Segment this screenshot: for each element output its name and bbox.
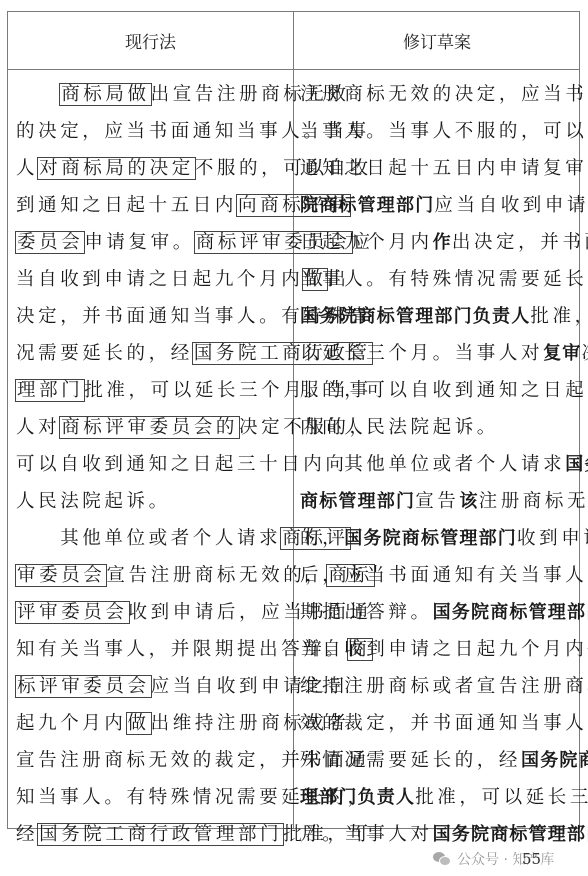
boxed-term: 理部门 xyxy=(15,379,85,402)
text-line: 日起九个月内作出决定，并书面通知 xyxy=(300,224,588,261)
text-line: 注册商标无效的决定，应当书面通知 xyxy=(300,76,588,113)
text-segment: 期提出答辩。 xyxy=(300,602,433,623)
text-segment: 申请复审。 xyxy=(84,232,195,253)
text-segment: 收到申请 xyxy=(517,528,588,549)
text-line: 理部门负责人批准，可以延长三个 xyxy=(300,779,588,816)
text-line: 其他单位或者个人请求国务院 xyxy=(300,446,588,483)
text-segment: 批准，可 xyxy=(530,306,588,327)
boxed-term: 对商标局的决定 xyxy=(37,157,196,180)
text-line: 通知之日起十五日内申请复审。国务 xyxy=(300,150,588,187)
bold-revision: 国务院商标管理部门负责人 xyxy=(300,306,530,327)
text-line: 效的裁定，并书面通知当事人。有特 xyxy=(300,705,588,742)
text-segment: 日起九个月内 xyxy=(300,232,433,253)
bold-revision: 该 xyxy=(459,491,478,512)
text-line: 后，应当书面通知有关当事人，并限 xyxy=(300,557,588,594)
text-line: 殊情况需要延长的，经国务院商标管 xyxy=(300,742,588,779)
boxed-term: 审委员会 xyxy=(15,564,107,587)
boxed-term: 国务院工商行政管理部门 xyxy=(37,823,284,846)
text-line: 当事人。当事人不服的，可以自收到 xyxy=(300,113,588,150)
text-segment: 当自收到申请之日起九个月内 xyxy=(16,269,303,290)
text-line: 维持注册商标或者宣告注册商标无 xyxy=(300,668,588,705)
text-segment: 效的裁定，并书面通知当事人。有特 xyxy=(300,713,588,734)
text-segment: 经 xyxy=(16,824,38,845)
comparison-table: 现行法 修订草案 商标局做出宣告注册商标无效的决定，应当书面通知当事人。当事人对… xyxy=(7,11,580,829)
text-line: 期提出答辩。国务院商标管理部门应 xyxy=(300,594,588,631)
text-line: 当自收到申请之日起九个月内作出 xyxy=(300,631,588,668)
text-segment: 当事人。当事人不服的，可以自收到 xyxy=(300,121,588,142)
text-segment: 出决定，并书面通知 xyxy=(452,232,588,253)
text-line: 院商标管理部门应当自收到申请之 xyxy=(300,187,588,224)
boxed-term: 评审委员会 xyxy=(15,601,130,624)
text-segment: 当自收到申请之日起九个月内 xyxy=(300,639,587,660)
text-segment: 注册商标无效 xyxy=(479,491,588,512)
boxed-term: 标评审委员会 xyxy=(15,675,152,698)
bold-revision: 复审 xyxy=(543,343,581,364)
boxed-term: 商标局做 xyxy=(59,83,151,106)
text-segment: 宣告注册商标无效的， xyxy=(106,565,327,586)
text-segment: 应当自收到申请之 xyxy=(434,195,588,216)
bold-revision: 商标管理部门 xyxy=(300,491,415,512)
bold-revision: 国务院商标管理部门 xyxy=(344,528,517,549)
text-segment: 人对 xyxy=(16,417,60,438)
text-line: 月。当事人对国务院商标管理部门的 xyxy=(300,816,588,853)
header-current-law: 现行法 xyxy=(8,12,293,69)
wechat-icon xyxy=(433,852,451,866)
text-segment: 后，应当书面通知有关当事人，并限 xyxy=(300,565,588,586)
bold-revision: 作 xyxy=(433,232,452,253)
text-segment: 的， xyxy=(300,528,344,549)
text-segment: 人 xyxy=(16,158,38,179)
text-segment: 月。当事人对 xyxy=(300,824,433,845)
text-segment: 人民法院起诉。 xyxy=(16,491,171,512)
text-line: 当事人。有特殊情况需要延长的，经 xyxy=(300,261,588,298)
text-segment: 决定不 xyxy=(582,343,588,364)
bold-revision: 国务院商标管理部门 xyxy=(433,602,588,623)
text-segment: 通知之日起十五日内申请复审。 xyxy=(300,158,588,179)
text-line: 服的，可以自收到通知之日起三十日 xyxy=(300,372,588,409)
text-segment: 宣告 xyxy=(415,491,459,512)
text-segment: 知有关当事人，并限期提出答辩。 xyxy=(16,639,348,660)
text-line: 商标管理部门宣告该注册商标无效 xyxy=(300,483,588,520)
text-segment: 以延长三个月。当事人对 xyxy=(300,343,543,364)
text-line: 的，国务院商标管理部门收到申请 xyxy=(300,520,588,557)
text-segment: 内向人民法院起诉。 xyxy=(300,417,499,438)
text-segment xyxy=(16,84,60,105)
bold-revision: 院商标管理部门 xyxy=(300,195,434,216)
text-segment: 到通知之日起十五日内 xyxy=(16,195,237,216)
boxed-term: 委员会 xyxy=(15,231,85,254)
bold-revision: 国务院商标管 xyxy=(521,750,588,771)
text-segment: 注册商标无效的决定，应当书面通知 xyxy=(300,84,588,105)
text-segment: 起九个月内 xyxy=(16,713,127,734)
text-segment: 可以自收到通知之日起三十日内向 xyxy=(16,454,348,475)
text-segment: 维持注册商标或者宣告注册商标无 xyxy=(300,676,588,697)
text-segment: 其他单位或者个人请求 xyxy=(300,454,565,475)
text-line: 内向人民法院起诉。 xyxy=(300,409,499,446)
text-line: 人民法院起诉。 xyxy=(16,483,171,520)
text-segment: 殊情况需要延长的，经 xyxy=(300,750,521,771)
boxed-term: 做 xyxy=(126,712,152,735)
text-line: 国务院商标管理部门负责人批准，可 xyxy=(300,298,588,335)
text-segment: 当事人。有特殊情况需要延长的，经 xyxy=(300,269,588,290)
text-line: 以延长三个月。当事人对复审决定不 xyxy=(300,335,588,372)
header-revised-draft: 修订草案 xyxy=(294,12,580,69)
page-number: 55 xyxy=(522,849,541,869)
bold-revision: 理部门负责人 xyxy=(300,787,415,808)
boxed-term: 商标评审委员会的 xyxy=(59,416,240,439)
text-segment: 况需要延长的，经 xyxy=(16,343,193,364)
text-segment: 其他单位或者个人请求 xyxy=(16,528,281,549)
bold-revision: 国务院商标管理部门 xyxy=(433,824,588,845)
bold-revision: 国务院 xyxy=(565,454,588,475)
text-line: 可以自收到通知之日起三十日内向 xyxy=(16,446,348,483)
text-segment: 服的，可以自收到通知之日起三十日 xyxy=(300,380,588,401)
text-segment: 批准，可以延长三个 xyxy=(415,787,588,808)
